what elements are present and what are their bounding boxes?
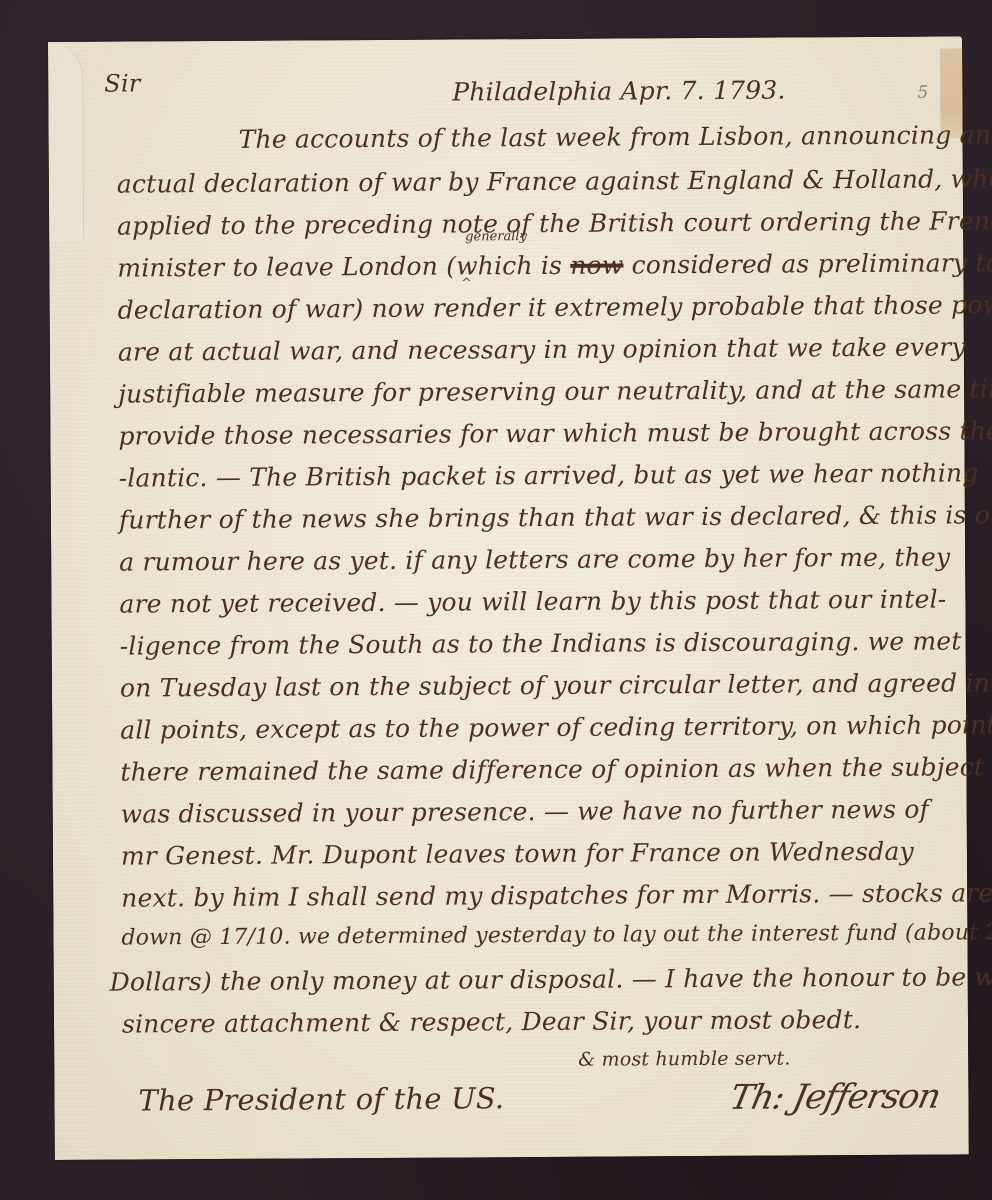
body-line: a rumour here as yet. if any letters are… — [119, 542, 950, 576]
body-line: there remained the same difference of op… — [120, 752, 984, 786]
body-line: declaration of war) now render it extrem… — [118, 290, 992, 325]
body-line: actual declaration of war by France agai… — [117, 164, 992, 199]
body-line-with-correction: minister to leave London (which is now c… — [117, 248, 992, 283]
closing-line: & most humble servt. — [578, 1047, 790, 1070]
body-line: next. by him I shall send my dispatches … — [121, 878, 992, 912]
line-text-before: minister to leave London (which is — [117, 251, 562, 283]
body-line: mr Genest. Mr. Dupont leaves town for Fr… — [121, 837, 914, 871]
salutation: Sir — [104, 69, 140, 97]
body-line: are at actual war, and necessary in my o… — [118, 332, 966, 366]
signature: Th: Jefferson — [726, 1077, 943, 1118]
body-line: are not yet received. — you will learn b… — [119, 585, 946, 619]
letter-page: 5 Sir Philadelphia Apr. 7. 1793. The acc… — [48, 36, 969, 1160]
page-number: 5 — [917, 83, 928, 103]
body-line: further of the news she brings than that… — [119, 500, 992, 535]
body-line: sincere attachment & respect, Dear Sir, … — [122, 1005, 861, 1039]
body-line: Dollars) the only money at our disposal.… — [110, 962, 992, 997]
interlinear-insertion: generally — [465, 229, 527, 244]
body-line: applied to the preceding note of the Bri… — [117, 206, 992, 241]
body-line: all points, except as to the power of ce… — [120, 710, 992, 744]
fold-crease — [48, 42, 84, 242]
body-line: down @ 17/10. we determined yesterday to… — [121, 920, 992, 951]
dateline: Philadelphia Apr. 7. 1793. — [452, 75, 785, 106]
line-text-after: considered as preliminary to a — [632, 248, 992, 279]
body-line: -ligence from the South as to the Indian… — [120, 626, 962, 660]
body-line: -lantic. — The British packet is arrived… — [119, 458, 979, 492]
body-line: was discussed in your presence. — we hav… — [121, 795, 930, 829]
body-line: The accounts of the last week from Lisbo… — [239, 120, 992, 154]
body-line: justifiable measure for preserving our n… — [118, 374, 992, 409]
struck-word: now — [570, 250, 623, 279]
body-line: provide those necessaries for war which … — [118, 416, 992, 451]
addressee: The President of the US. — [138, 1081, 504, 1117]
body-line: on Tuesday last on the subject of your c… — [120, 668, 990, 702]
